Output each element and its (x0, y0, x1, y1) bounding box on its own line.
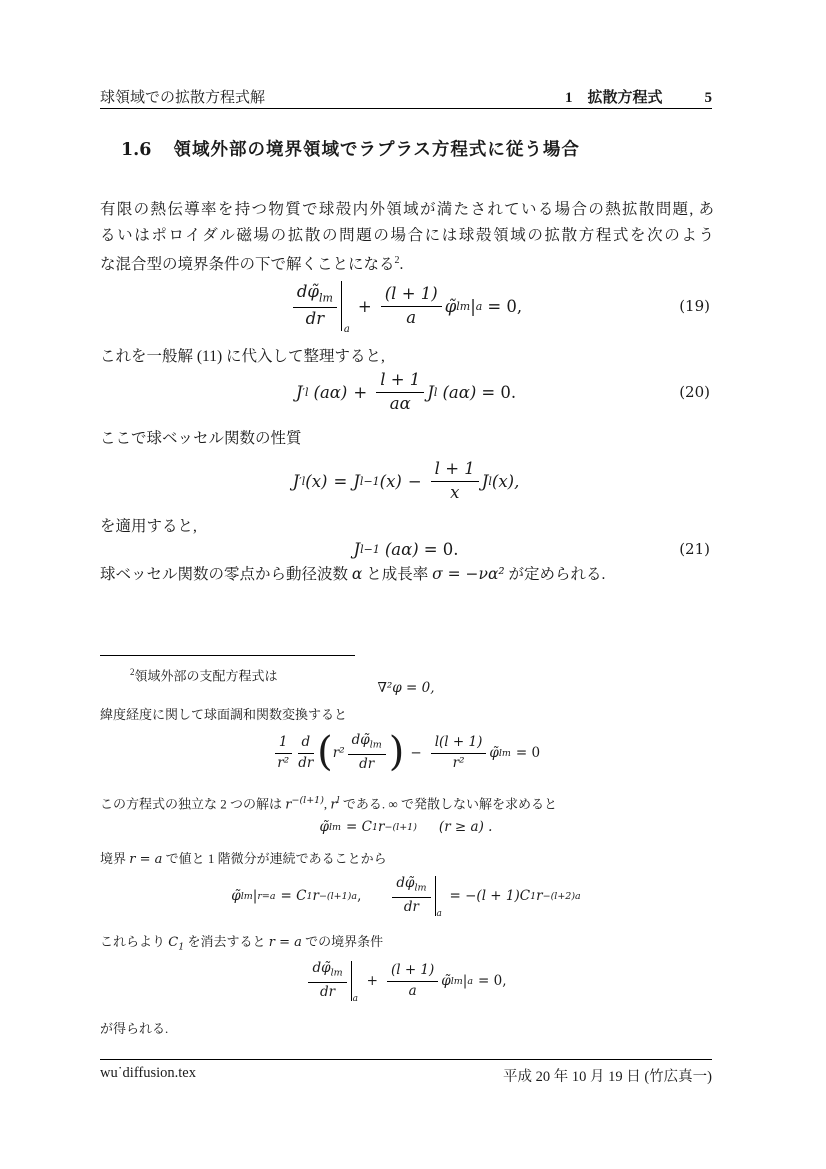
fn-eq2-minus-operator: − (410, 745, 421, 761)
text-after-eq19: これを一般解 (11) に代入して整理すると, (100, 344, 714, 370)
fn-eq3-phi-sub: lm (329, 822, 341, 833)
eq19-bar-sub: a (476, 300, 483, 313)
footnote-equation-matching: φ̃lm|r=a = C1r−(l+1)a, dφ̃lm dr a = −(l … (100, 870, 712, 922)
eqb-argument-2: (x) (380, 472, 402, 491)
fn-eq5-numerator: dφ̃ (312, 960, 330, 976)
t5-sigma-expression: σ = −να² (432, 565, 505, 583)
fn-eq4-r2-exponent: −(l+2)a (543, 891, 581, 902)
section-heading: 1.6 領域外部の境界領域でラプラス方程式に従う場合 (121, 136, 580, 161)
eq20-rhs: = 0. (481, 383, 516, 402)
fn-eq3-equals-C: = C (346, 819, 372, 835)
fn-eq2-f3-num-sub: lm (370, 740, 382, 751)
fn-eq2-f2-num: d (298, 735, 315, 754)
fn-eq5-phi: φ̃ (441, 973, 450, 989)
document-page: { "header": { "left": "球領域での拡散方程式解", "se… (0, 0, 826, 1169)
footnote-text-obtained: が得られる. (100, 1018, 712, 1039)
eq19-plus-operator: + (358, 297, 372, 316)
eq19-numerator: dφ̃ (297, 282, 319, 301)
fn-eq5-bar-sub: a (467, 976, 473, 987)
fn-eq2-fraction-1: 1 r² (275, 735, 292, 771)
fn-t3-pre: この方程式の独立な 2 つの解は (100, 796, 285, 811)
eqb-fraction: l + 1 x (431, 460, 479, 503)
eqb-equals: = (333, 472, 347, 491)
header-section-label: 1 拡散方程式 (565, 90, 663, 106)
fn-eq2-f1-num: 1 (275, 735, 292, 754)
footnote-equation-radial: 1 r² d dr ( r² dφ̃lm dr ) − l(l + 1) r² … (100, 724, 712, 782)
eq19-rhs: = 0, (487, 297, 522, 316)
eqb-fraction-numerator: l + 1 (431, 460, 479, 482)
text-zeros-conclusion: 球ベッセル関数の零点から動径波数 α と成長率 σ = −να² が定められる. (100, 562, 714, 588)
fn-t5-pre: これらより (100, 934, 168, 949)
t5-pre-text: 球ベッセル関数の零点から動径波数 (100, 566, 352, 583)
eq20-besselJ-1-sub: l (305, 386, 309, 399)
footnote-text-solutions: この方程式の独立な 2 つの解は r−(l+1), rl である. ∞ で発散し… (100, 790, 712, 815)
equation-21: Jl−1 (aα) = 0. (21) (100, 536, 712, 562)
eq19-fraction-2-numerator: (l + 1) (381, 285, 442, 307)
eq20-besselJ-1: J (296, 383, 303, 402)
header-page-number: 5 (705, 90, 713, 106)
fn-eq4-bar-sub: r=a (257, 891, 275, 902)
eq19-evaluation-sub: a (344, 324, 350, 335)
fn-eq5-evaluation-bar: a (351, 961, 359, 1001)
footnote-text-continuity: 境界 r = a で値と 1 階微分が連続であることから (100, 848, 712, 870)
fn-eq2-rhs: = 0 (516, 745, 540, 761)
fn-eq4-phi: φ̃ (231, 888, 240, 904)
eq20-besselJ-2-sub: l (434, 386, 438, 399)
footer-rule (100, 1059, 712, 1060)
eqb-besselJ-2-sub: l−1 (360, 475, 380, 488)
fn-eq3-condition: (r ≥ a) . (439, 819, 493, 835)
footnote-text-harmonic: 緯度経度に関して球面調和関数変換すると (100, 704, 712, 725)
header-right: 1 拡散方程式5 (565, 86, 712, 107)
fn-t5-C: C (168, 935, 178, 950)
fn-eq2-f4-den: r² (453, 754, 465, 772)
paragraph-1-line-1: 有限の熱伝導率を持つ物質で球殻内外領域が満たされている場合の熱拡散問題, あ (100, 197, 714, 223)
t5-alpha: α (352, 565, 362, 583)
fn-eq3-phi: φ̃ (320, 819, 329, 835)
fn-eq4-evaluation-bar: a (435, 876, 443, 916)
equation-bessel-recurrence: J′l(x) = Jl−1(x) − l + 1 x Jl(x), (100, 458, 712, 504)
t5-post-text: が定められる. (505, 566, 606, 583)
eq21-besselJ-sub: l−1 (360, 543, 380, 556)
fn-eq4-rhs-start: = −(l + 1)C (450, 888, 531, 904)
fn-eq4-frac-num: dφ̃ (396, 875, 414, 891)
footnote-equation-exterior-solution: φ̃lm = C1r−(l+1) (r ≥ a) . (100, 814, 712, 840)
eq21-argument: (aα) (385, 540, 419, 559)
eqb-besselJ-2: J (353, 472, 360, 491)
fn-eq2-f4-num: l(l + 1) (431, 735, 487, 754)
fn-eq5-fraction-2-numerator: (l + 1) (387, 963, 438, 982)
eq21-number-tag: (21) (679, 540, 710, 558)
paragraph-1-line-3: な混合型の境界条件の下で解くことになる2. (100, 248, 714, 278)
eq20-fraction-numerator: l + 1 (376, 371, 424, 393)
fn-eq2-phi: φ̃ (489, 745, 498, 761)
paragraph-1-line-3-text: な混合型の境界条件の下で解くことになる (100, 257, 395, 274)
fn-eq2-f3-num: dφ̃ (352, 732, 370, 748)
fn-eq2-fraction-4: l(l + 1) r² (431, 735, 487, 771)
eqb-fraction-denominator: x (450, 482, 459, 503)
eq19-denominator: dr (306, 308, 324, 329)
eq19-number-tag: (19) (679, 297, 710, 315)
eq19-phi: φ̃ (445, 297, 457, 316)
section-number: 1.6 (121, 140, 151, 160)
fn-eq4-frac-num-sub: lm (414, 883, 426, 894)
fn-eq4-comma: , (357, 888, 361, 904)
footnote-rule (100, 655, 355, 656)
fn-t4-pre: 境界 (100, 851, 129, 866)
fn-t4-r-equals-a: r = a (129, 852, 162, 867)
eq20-number-tag: (20) (679, 383, 710, 401)
fn-eq4-phi-sub: lm (241, 891, 253, 902)
page-footer: wu˙diffusion.tex 平成 20 年 10 月 19 日 (竹広真一… (100, 1065, 712, 1086)
eq20-besselJ-2: J (427, 383, 434, 402)
fn-t3-r1-exponent: −(l+1) (291, 795, 323, 806)
eqb-minus-operator: − (408, 472, 422, 491)
eq19-phi-sub: lm (456, 300, 470, 313)
fn-eq4-equals-C: = C (281, 888, 307, 904)
fn-t5-mid: を消去すると (184, 934, 269, 949)
paragraph-1-line-2: るいはポロイダル磁場の拡散の問題の場合には球殻領域の拡散方程式を次のよう (100, 223, 714, 249)
eq20-fraction-denominator: aα (390, 393, 411, 414)
eq20-argument-2: (aα) (442, 383, 476, 402)
fn-eq2-phi-sub: lm (499, 748, 511, 759)
fn-eq2-f1-den: r² (277, 754, 289, 772)
fn-eq5-fraction-2: (l + 1) a (387, 963, 438, 999)
eq19-fraction-1: dφ̃lm dr (293, 283, 337, 329)
fn-eq5-phi-sub: lm (451, 976, 463, 987)
fn-eq2-fraction-2: d dr (298, 735, 315, 771)
fn-t4-post: で値と 1 階微分が連続であることから (162, 851, 386, 866)
fn-eq4-evaluation-sub: a (437, 909, 442, 919)
equation-19: dφ̃lm dr a + (l + 1) a φ̃lm|a = 0, (19) (100, 280, 712, 332)
fn-t5-r-equals-a: r = a (269, 935, 302, 950)
fn-eq5-fraction-2-denominator: a (409, 982, 417, 1000)
eq20-fraction: l + 1 aα (376, 371, 424, 414)
eq20-argument-1: (aα) (314, 383, 348, 402)
fn-t3-post: である. ∞ で発散しない解を求めると (340, 796, 557, 811)
paragraph-1-line-3-period: . (400, 257, 404, 274)
fn-eq5-denominator: dr (320, 983, 335, 1001)
section-title: 領域外部の境界領域でラプラス方程式に従う場合 (173, 136, 579, 161)
equation-20: J′l (aα) + l + 1 aα Jl (aα) = 0. (20) (100, 370, 712, 414)
footnote-equation-laplace: ∇²φ = 0, (100, 678, 712, 698)
eq21-rhs: = 0. (424, 540, 459, 559)
paragraph-1: 有限の熱伝導率を持つ物質で球殻内外領域が満たされている場合の熱拡散問題, あ る… (100, 197, 714, 278)
fn-eq5-plus-operator: + (367, 973, 378, 989)
fn-eq3-r-exponent: −(l+1) (385, 822, 417, 833)
eq19-numerator-sub: lm (319, 291, 333, 304)
eqb-besselJ-3: J (482, 472, 489, 491)
eq20-plus-operator: + (353, 383, 367, 402)
fn-eq1-body: ∇²φ = 0, (377, 680, 434, 696)
fn-eq5-fraction-1: dφ̃lm dr (308, 961, 346, 1000)
fn-eq5-numerator-sub: lm (331, 968, 343, 979)
eq19-evaluation-bar: a (341, 281, 350, 331)
fn-eq4-frac-den: dr (404, 898, 419, 916)
fn-eq4-fraction: dφ̃lm dr (392, 876, 430, 915)
page-header: 球領域での拡散方程式解 1 拡散方程式5 (100, 86, 712, 107)
footer-filename: wu˙diffusion.tex (100, 1065, 196, 1086)
fn-eq4-r1-exponent: −(l+1)a (319, 891, 357, 902)
t5-mid-text: と成長率 (362, 566, 432, 583)
fn-eq2-f2-den: dr (298, 754, 313, 772)
eq19-fraction-2: (l + 1) a (381, 285, 442, 328)
fn-eq2-r-squared: r² (333, 745, 345, 761)
fn-eq2-f3-den: dr (359, 755, 374, 773)
eqb-besselJ-1: J (293, 472, 300, 491)
footer-date-author: 平成 20 年 10 月 19 日 (竹広真一) (503, 1065, 712, 1086)
fn-t5-post: での境界条件 (302, 934, 383, 949)
footnote-equation-boundary-condition: dφ̃lm dr a + (l + 1) a φ̃lm|a = 0, (100, 953, 712, 1009)
eq21-besselJ: J (353, 540, 360, 559)
eq19-fraction-2-denominator: a (406, 307, 416, 328)
fn-eq2-fraction-3: dφ̃lm dr (348, 733, 386, 772)
fn-eq5-evaluation-sub: a (353, 994, 358, 1004)
eqb-argument-1: (x) (305, 472, 327, 491)
header-left-title: 球領域での拡散方程式解 (100, 86, 265, 107)
text-bessel-property: ここで球ベッセル関数の性質 (100, 426, 714, 452)
header-rule (100, 108, 712, 109)
eqb-argument-3: (x), (492, 472, 519, 491)
fn-eq5-rhs: = 0, (478, 973, 506, 989)
